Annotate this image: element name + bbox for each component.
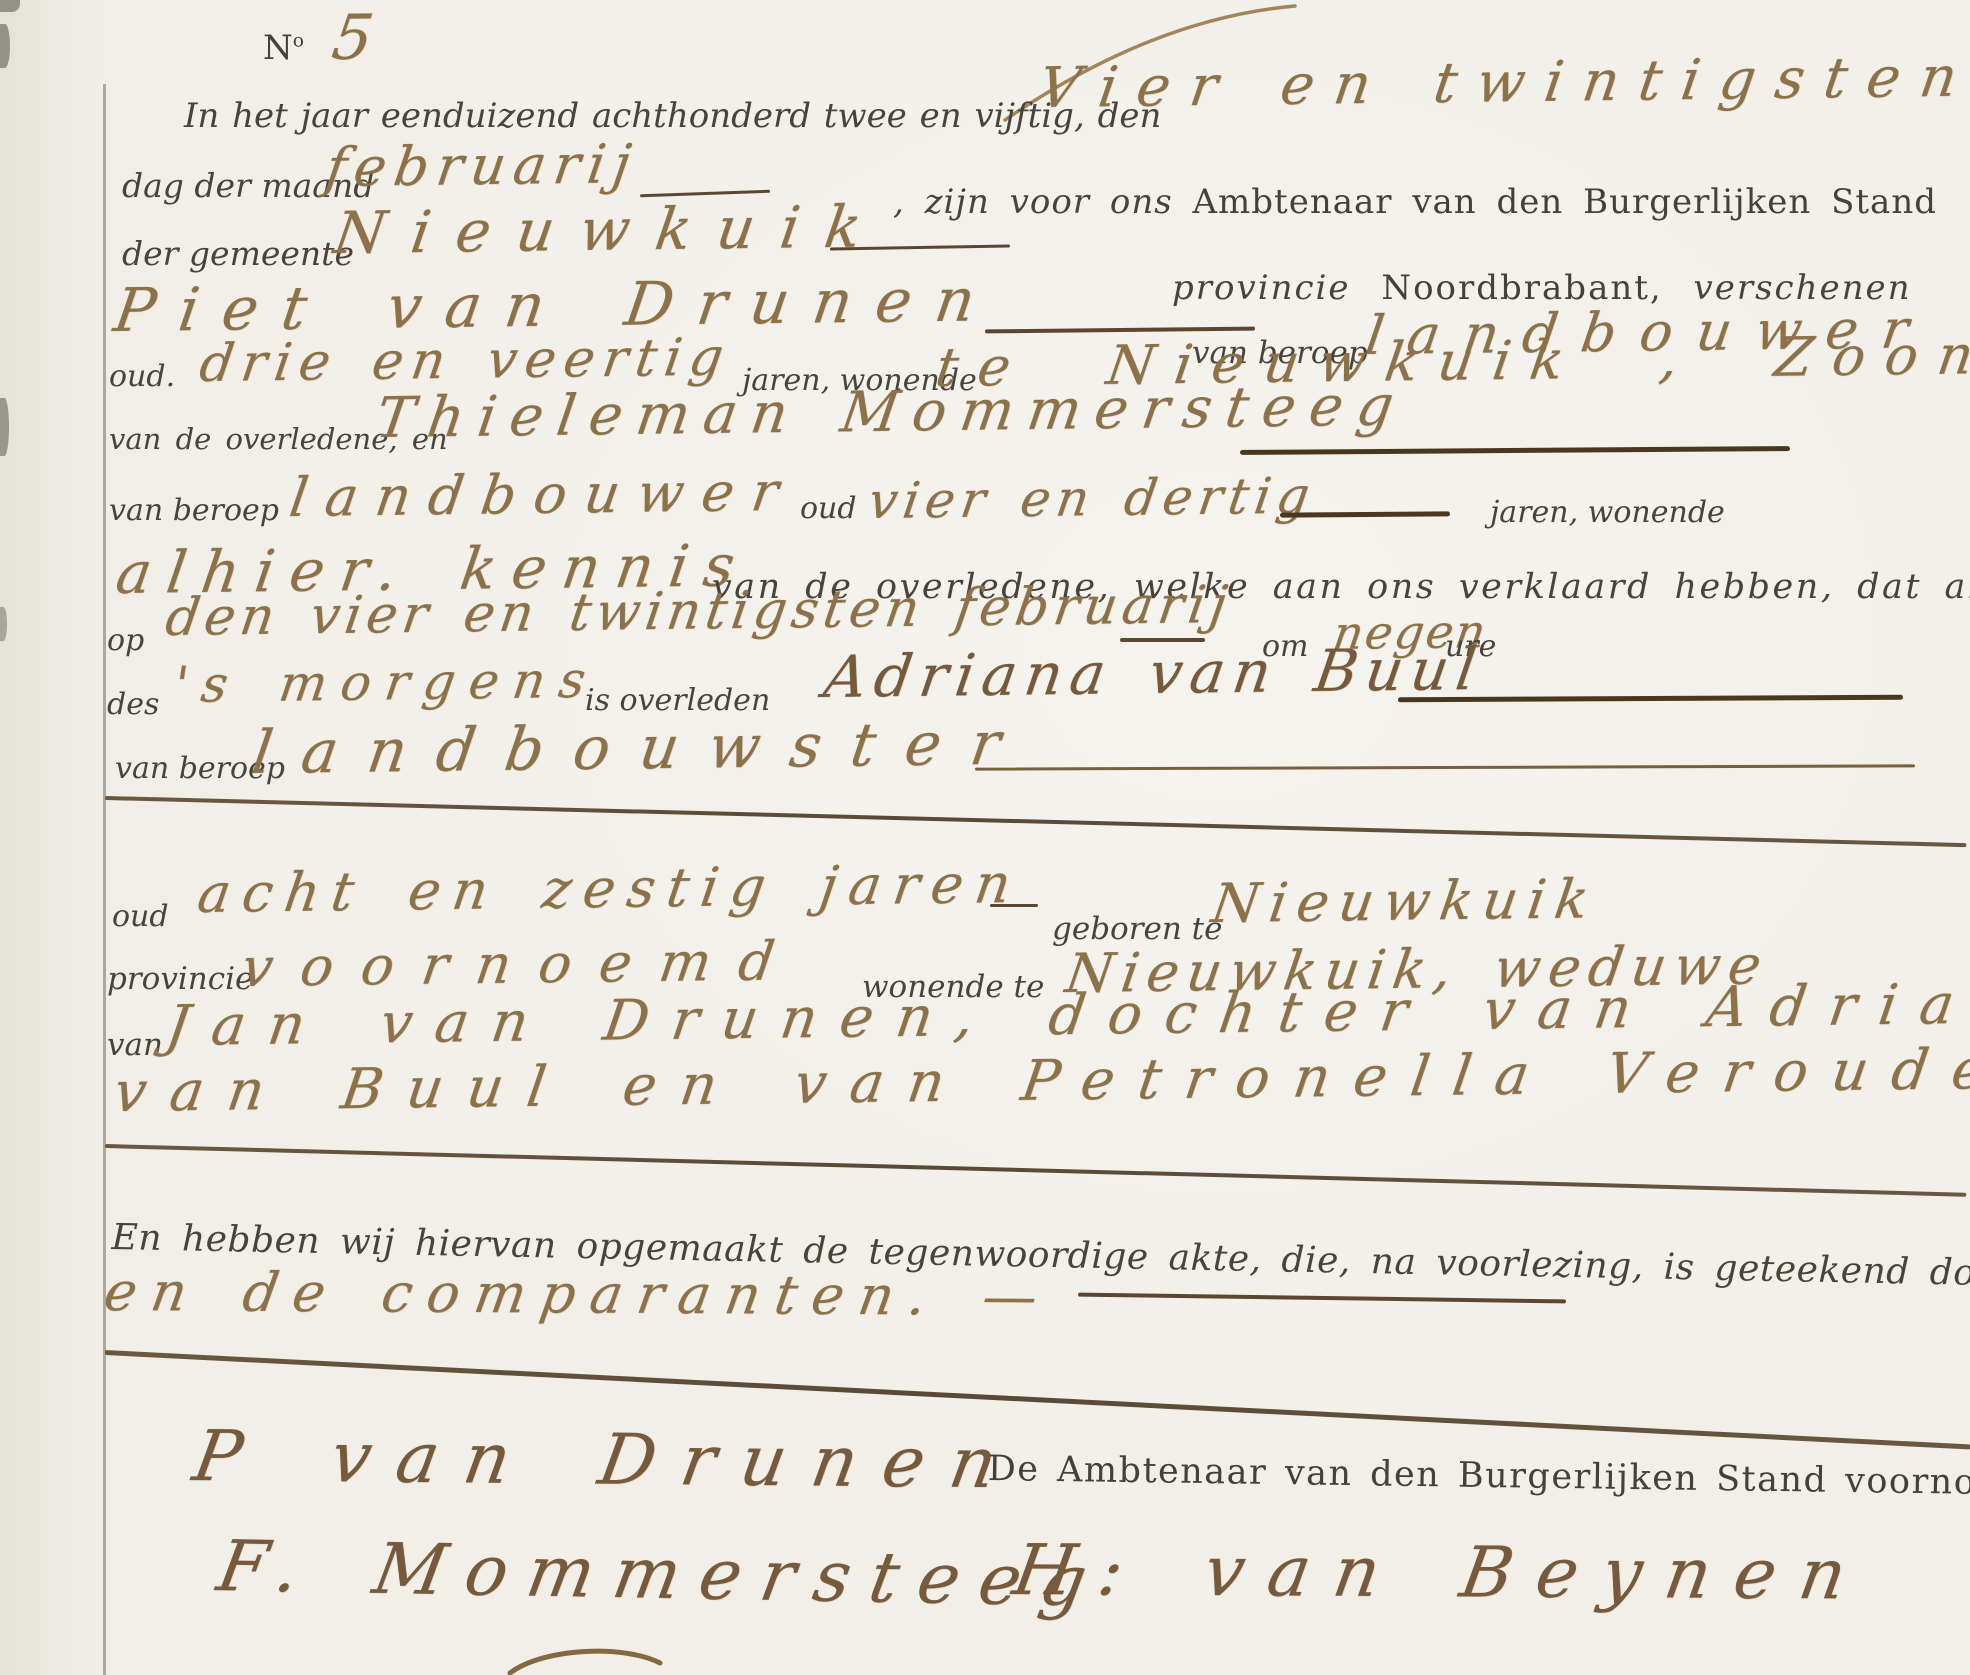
signature-declarant2: F. Mommersteeg [212,1528,1112,1621]
printed-zijn-voor-ons: , zijn voor ons Ambtenaar van den Burger… [893,184,1937,221]
written-gemeente: Nieuwkuik [330,195,891,266]
record-number-sup: o [293,31,304,52]
label-op: op [107,624,144,657]
margin-rule [103,84,106,1675]
printed-zijn-voor-ons-italic: , zijn voor ons [893,182,1192,222]
label-oud-3: oud [112,900,169,933]
printed-ambtenaar-burgerlijke-stand: Ambtenaar van den Burgerlijken Stand [1192,182,1937,222]
record-number-label: No [263,30,304,67]
label-jaren-wonende-2: jaren, wonende [1490,496,1725,529]
written-declarant2-age: vier en dertig [865,469,1319,529]
printed-official-title: De Ambtenaar van den Burgerlijken Stand … [987,1450,1970,1504]
label-van-beroep-2: van beroep [109,494,279,527]
written-en-de-comparanten: en de comparanten. — [100,1262,1057,1326]
label-des: des [107,688,159,721]
scan-artifact [0,0,20,12]
written-death-date: den vier en twintigsten februarij [162,577,1235,647]
label-van: van [107,1028,163,1062]
death-record-page: No 5 In het jaar eenduizend achthonderd … [0,0,1970,1675]
label-provincie: provincie [107,962,253,996]
record-number-n: N [263,28,293,68]
written-declarant2-name: Thieleman Mommersteeg [372,375,1411,449]
written-declarant2-occupation: landbouwer [286,462,800,528]
scan-artifact [0,24,10,68]
signature-official: H: van Beynen [1008,1532,1875,1613]
written-deceased-name: Adriana van Buul [820,638,1488,710]
section-divider [105,796,1967,847]
written-smorgens: 's morgens [170,653,603,713]
record-number-value: 5 [328,4,377,73]
written-birthplace: Nieuwkuik [1208,869,1602,933]
section-divider [105,1144,1966,1197]
written-day-of-month: Vier en twintigsten [1035,47,1970,120]
pen-stroke [1280,511,1450,517]
scan-artifact [0,398,9,456]
pen-stroke [1240,446,1790,455]
written-month: februarij [322,134,642,197]
pen-stroke [990,904,1038,907]
label-der-gemeente: der gemeente [122,236,354,272]
written-deceased-age: acht en zestig jaren [194,854,1027,923]
scan-artifact [0,607,7,641]
label-oud-1: oud. [109,360,175,393]
signature-declarant1: P van Drunen [188,1418,1028,1502]
printed-in-het-jaar: In het jaar eenduizend achthonderd twee … [184,98,1161,135]
label-oud-2: oud [800,492,857,525]
printed-provincie: provincie [1172,268,1381,308]
pen-stroke [975,764,1915,770]
written-deceased-occupation: landbouwster [248,711,1035,786]
ink-flourish [505,1645,665,1675]
pen-stroke [1078,1293,1566,1304]
